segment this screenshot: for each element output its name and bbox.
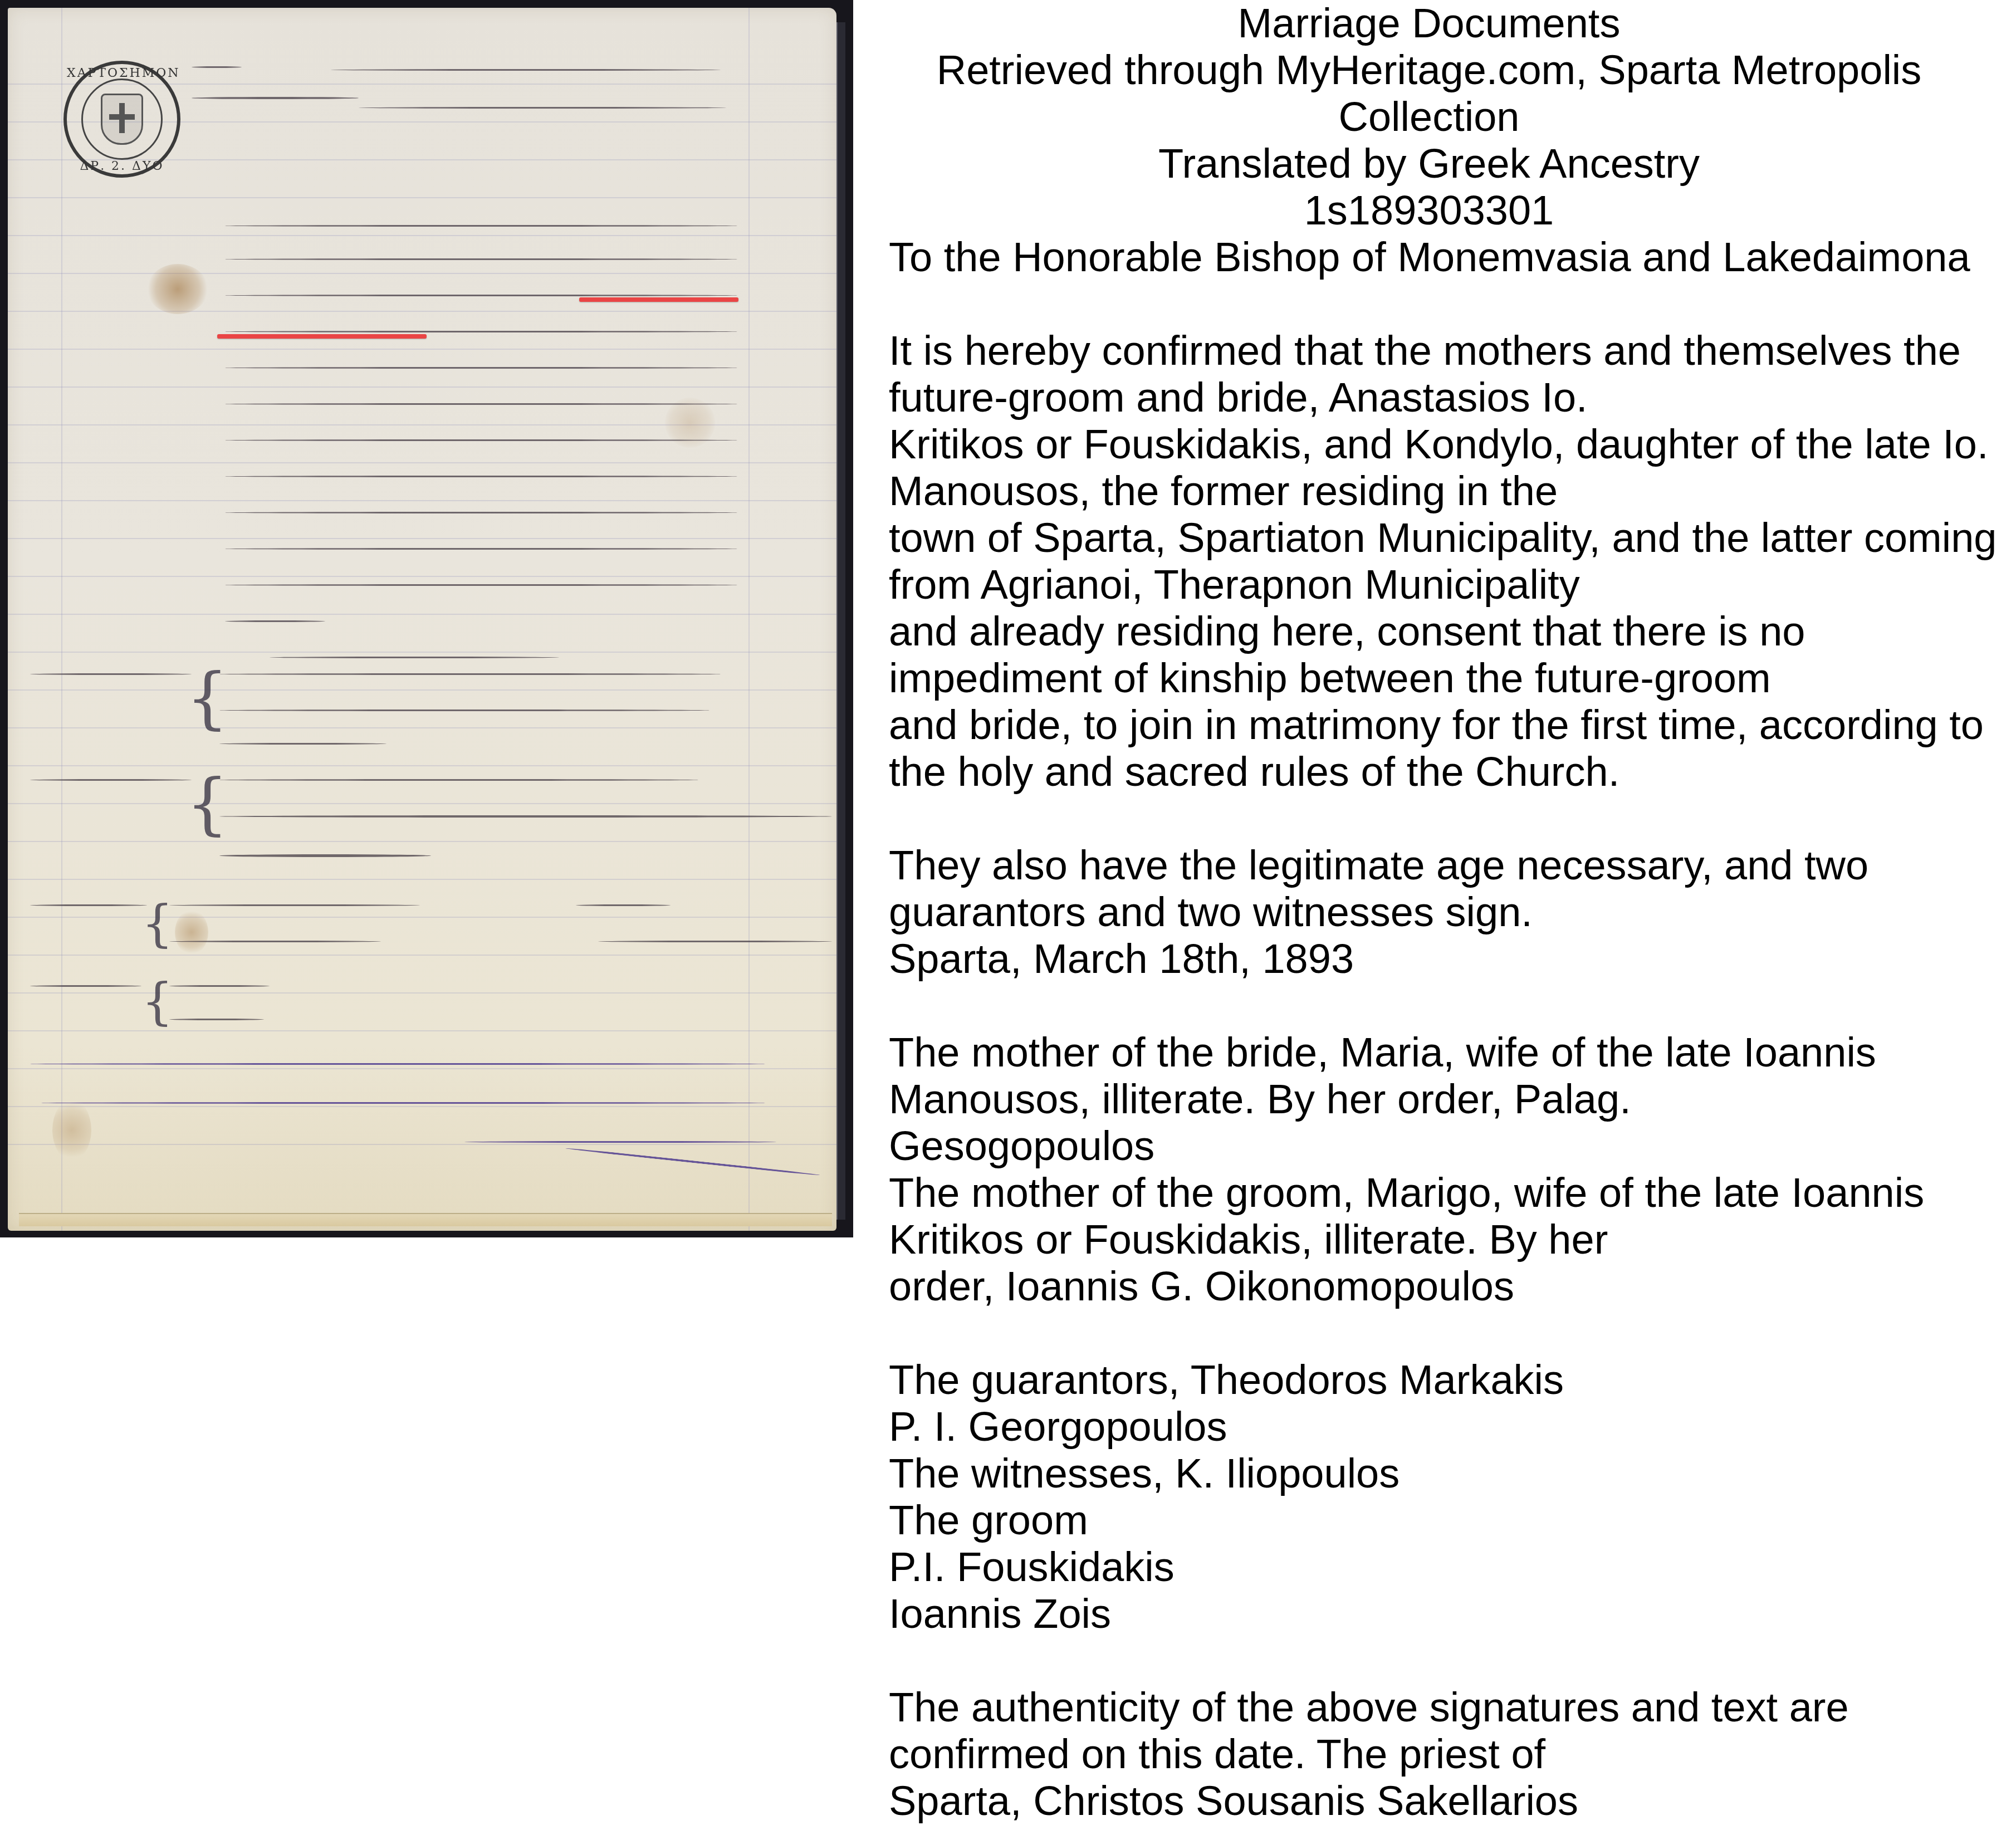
address-line: To the Honorable Bishop of Monemvasia an… bbox=[889, 234, 2016, 281]
text-line: P.I. Fouskidakis bbox=[889, 1544, 2016, 1591]
text-line: town of Sparta, Spartiaton Municipality,… bbox=[889, 515, 2016, 561]
text-line: from Agrianoi, Therapnon Municipality bbox=[889, 561, 2016, 608]
text-line: They also have the legitimate age necess… bbox=[889, 842, 2016, 889]
stain bbox=[147, 264, 208, 314]
paper-fold bbox=[19, 1213, 832, 1226]
ruled-line bbox=[8, 576, 836, 577]
ruled-line bbox=[8, 462, 836, 463]
handwriting-stroke bbox=[30, 779, 192, 781]
ruled-line bbox=[8, 803, 836, 804]
text-line: and bride, to join in matrimony for the … bbox=[889, 702, 2016, 748]
text-line: order, Ioannis G. Oikonomopoulos bbox=[889, 1263, 2016, 1310]
text-line: impediment of kinship between the future… bbox=[889, 655, 2016, 702]
handwriting-stroke bbox=[30, 904, 147, 906]
text-line: The groom bbox=[889, 1497, 2016, 1544]
header-translator: Translated by Greek Ancestry bbox=[889, 140, 1969, 187]
handwriting-stroke bbox=[225, 584, 737, 586]
text-line: The mother of the groom, Marigo, wife of… bbox=[889, 1169, 2016, 1216]
handwriting-stroke bbox=[219, 709, 709, 711]
ruled-line bbox=[8, 538, 836, 539]
handwriting-stroke bbox=[225, 512, 737, 513]
margin-line bbox=[748, 8, 750, 1231]
brace-mark: { bbox=[186, 665, 228, 732]
text-line: Kritikos or Fouskidakis, illiterate. By … bbox=[889, 1216, 2016, 1263]
ruled-line bbox=[8, 955, 836, 956]
stamp-bottom-text: ΔΡ. 2. ΔΥΟ bbox=[67, 159, 177, 173]
handwriting-stroke bbox=[270, 657, 559, 658]
handwriting-stroke bbox=[30, 673, 192, 675]
document-header: Marriage Documents Retrieved through MyH… bbox=[889, 0, 1969, 234]
text-line: Kritikos or Fouskidakis, and Kondylo, da… bbox=[889, 421, 2016, 468]
ruled-line bbox=[8, 765, 836, 766]
handwriting-stroke bbox=[359, 107, 726, 109]
highlight-underline bbox=[579, 297, 738, 302]
header-title: Marriage Documents bbox=[889, 0, 1969, 47]
tax-stamp: ΧΑΡΤΟΣΗΜΟΝ ΔΡ. 2. ΔΥΟ bbox=[63, 61, 180, 178]
text-line: The authenticity of the above signatures… bbox=[889, 1684, 2016, 1731]
ruled-line bbox=[8, 652, 836, 653]
header-record-id: 1s189303301 bbox=[889, 187, 1969, 234]
ruled-line bbox=[8, 349, 836, 350]
scanned-document-image: ΧΑΡΤΟΣΗΜΟΝ ΔΡ. 2. ΔΥΟ { bbox=[0, 0, 853, 1237]
ruled-line bbox=[8, 727, 836, 728]
handwriting-stroke bbox=[225, 620, 325, 622]
text-line: The guarantors, Theodoros Markakis bbox=[889, 1357, 2016, 1403]
text-line: Ioannis Zois bbox=[889, 1591, 2016, 1637]
ruled-line bbox=[8, 273, 836, 274]
ruled-line bbox=[8, 1068, 836, 1069]
paragraph-signatories: The guarantors, Theodoros Markakis P. I.… bbox=[889, 1357, 2016, 1637]
coat-of-arms-icon bbox=[101, 94, 143, 145]
highlight-underline bbox=[217, 334, 427, 339]
paragraph-authentication: The authenticity of the above signatures… bbox=[889, 1684, 2016, 1824]
handwriting-stroke bbox=[169, 941, 381, 942]
text-line: confirmed on this date. The priest of bbox=[889, 1731, 2016, 1778]
text-line: Sparta, Christos Sousanis Sakellarios bbox=[889, 1778, 2016, 1824]
handwriting-stroke bbox=[225, 548, 737, 550]
handwriting-stroke bbox=[225, 331, 737, 332]
stain bbox=[175, 910, 208, 955]
ruled-line bbox=[8, 1106, 836, 1107]
translation-body: To the Honorable Bishop of Monemvasia an… bbox=[889, 234, 2016, 1824]
brace-mark: { bbox=[141, 977, 173, 1027]
handwriting-stroke bbox=[169, 1019, 264, 1020]
handwriting-stroke bbox=[169, 985, 270, 987]
header-source: Retrieved through MyHeritage.com, Sparta… bbox=[889, 47, 1969, 94]
handwriting-stroke bbox=[192, 97, 359, 99]
ruled-line bbox=[8, 1030, 836, 1031]
date-line: Sparta, March 18th, 1893 bbox=[889, 936, 2016, 982]
text-line: The mother of the bride, Maria, wife of … bbox=[889, 1029, 2016, 1076]
stain bbox=[52, 1099, 91, 1161]
handwriting-stroke bbox=[464, 1141, 776, 1143]
ruled-line bbox=[8, 917, 836, 918]
ruled-line bbox=[8, 311, 836, 312]
text-line: Manousos, the former residing in the bbox=[889, 468, 2016, 515]
handwriting-stroke bbox=[225, 476, 737, 477]
handwriting-stroke bbox=[225, 225, 737, 227]
handwriting-stroke bbox=[225, 439, 737, 441]
ruled-line bbox=[8, 992, 836, 994]
ruled-line bbox=[8, 689, 836, 691]
text-line: It is hereby confirmed that the mothers … bbox=[889, 327, 2016, 374]
handwriting-stroke bbox=[30, 985, 141, 987]
text-line: and already residing here, consent that … bbox=[889, 608, 2016, 655]
brace-mark: { bbox=[141, 899, 173, 949]
margin-line bbox=[61, 8, 62, 1231]
ruled-line bbox=[8, 841, 836, 842]
handwriting-stroke bbox=[30, 1063, 765, 1065]
ruled-line bbox=[8, 1144, 836, 1145]
stamp-crest-ring bbox=[81, 79, 163, 160]
handwriting-stroke bbox=[225, 258, 737, 260]
text-line: future-groom and bride, Anastasios Io. bbox=[889, 374, 2016, 421]
text-line: guarantors and two witnesses sign. bbox=[889, 889, 2016, 936]
binding-edge bbox=[836, 22, 845, 1220]
header-collection: Collection bbox=[889, 94, 1969, 140]
ruled-line bbox=[8, 500, 836, 501]
text-line: the holy and sacred rules of the Church. bbox=[889, 748, 2016, 795]
handwriting-stroke bbox=[219, 854, 431, 857]
paragraph-mothers: The mother of the bride, Maria, wife of … bbox=[889, 1029, 2016, 1310]
handwriting-stroke bbox=[219, 673, 721, 675]
ruled-line bbox=[8, 386, 836, 388]
signature-flourish bbox=[565, 1147, 820, 1176]
handwriting-stroke bbox=[219, 779, 698, 781]
text-line: The witnesses, K. Iliopoulos bbox=[889, 1450, 2016, 1497]
brace-mark: { bbox=[186, 771, 228, 838]
handwriting-stroke bbox=[219, 743, 386, 745]
handwriting-stroke bbox=[576, 904, 671, 906]
ruled-line bbox=[8, 197, 836, 198]
ruled-line bbox=[8, 879, 836, 880]
paragraph-age-and-date: They also have the legitimate age necess… bbox=[889, 842, 2016, 982]
handwriting-stroke bbox=[169, 904, 420, 906]
handwriting-stroke bbox=[598, 941, 832, 942]
text-line: Manousos, illiterate. By her order, Pala… bbox=[889, 1076, 2016, 1123]
ruled-line bbox=[8, 235, 836, 236]
translation-text: Marriage Documents Retrieved through MyH… bbox=[889, 0, 2016, 1824]
ruled-line bbox=[8, 614, 836, 615]
handwriting-stroke bbox=[192, 66, 242, 68]
text-line: Gesogopoulos bbox=[889, 1123, 2016, 1169]
document-paper: ΧΑΡΤΟΣΗΜΟΝ ΔΡ. 2. ΔΥΟ { bbox=[8, 8, 836, 1231]
handwriting-stroke bbox=[225, 367, 737, 369]
handwriting-stroke bbox=[331, 69, 721, 71]
paragraph-confirmation: It is hereby confirmed that the mothers … bbox=[889, 327, 2016, 795]
handwriting-stroke bbox=[219, 815, 832, 818]
handwriting-stroke bbox=[225, 295, 737, 296]
text-line: P. I. Georgopoulos bbox=[889, 1403, 2016, 1450]
handwriting-stroke bbox=[225, 403, 737, 405]
handwriting-stroke bbox=[41, 1102, 765, 1104]
